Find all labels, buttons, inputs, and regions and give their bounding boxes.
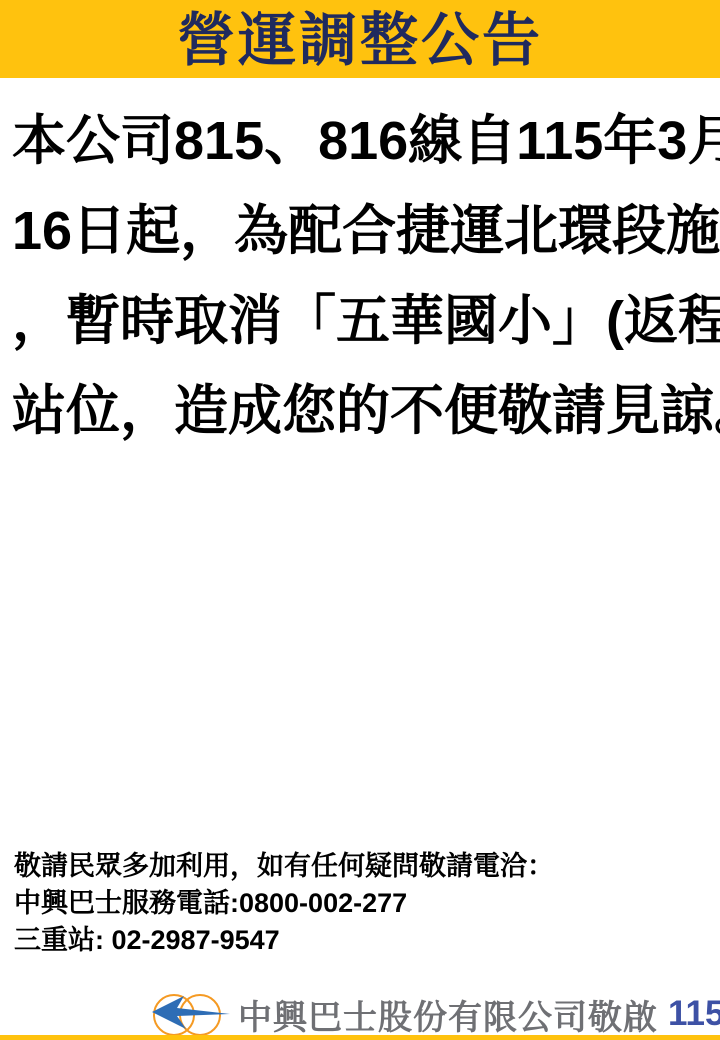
page-title: 營運調整公告 — [177, 8, 543, 70]
notice-date: 115.03 — [668, 994, 720, 1034]
contact-info: 敬請民眾多加利用，如有任何疑問敬請電洽： 中興巴士服務電話:0800-002-2… — [14, 848, 706, 959]
contact-note: 敬請民眾多加利用，如有任何疑問敬請電洽： — [14, 848, 706, 885]
chung-hsing-bus-logo-icon — [148, 991, 232, 1037]
footer-signature: 中興巴士股份有限公司敬啟 115.03 — [148, 990, 720, 1038]
sanchong-station-phone: 三重站: 02-2987-9547 — [14, 922, 706, 959]
service-phone: 中興巴士服務電話:0800-002-277 — [14, 885, 706, 922]
announcement-line: 本公司815、816線自115年3月 — [12, 96, 708, 186]
announcement-line: ，暫時取消「五華國小」(返程) — [12, 276, 708, 366]
company-name: 中興巴士股份有限公司敬啟 — [238, 990, 658, 1039]
bottom-accent-strip — [0, 1035, 720, 1040]
announcement-body: 本公司815、816線自115年3月 16日起，為配合捷運北環段施工 ，暫時取消… — [0, 96, 720, 456]
announcement-line: 16日起，為配合捷運北環段施工 — [12, 186, 708, 276]
announcement-line: 站位，造成您的不便敬請見諒。 — [12, 366, 708, 456]
announcement-poster: 營運調整公告 本公司815、816線自115年3月 16日起，為配合捷運北環段施… — [0, 0, 720, 1040]
banner: 營運調整公告 — [0, 0, 720, 78]
